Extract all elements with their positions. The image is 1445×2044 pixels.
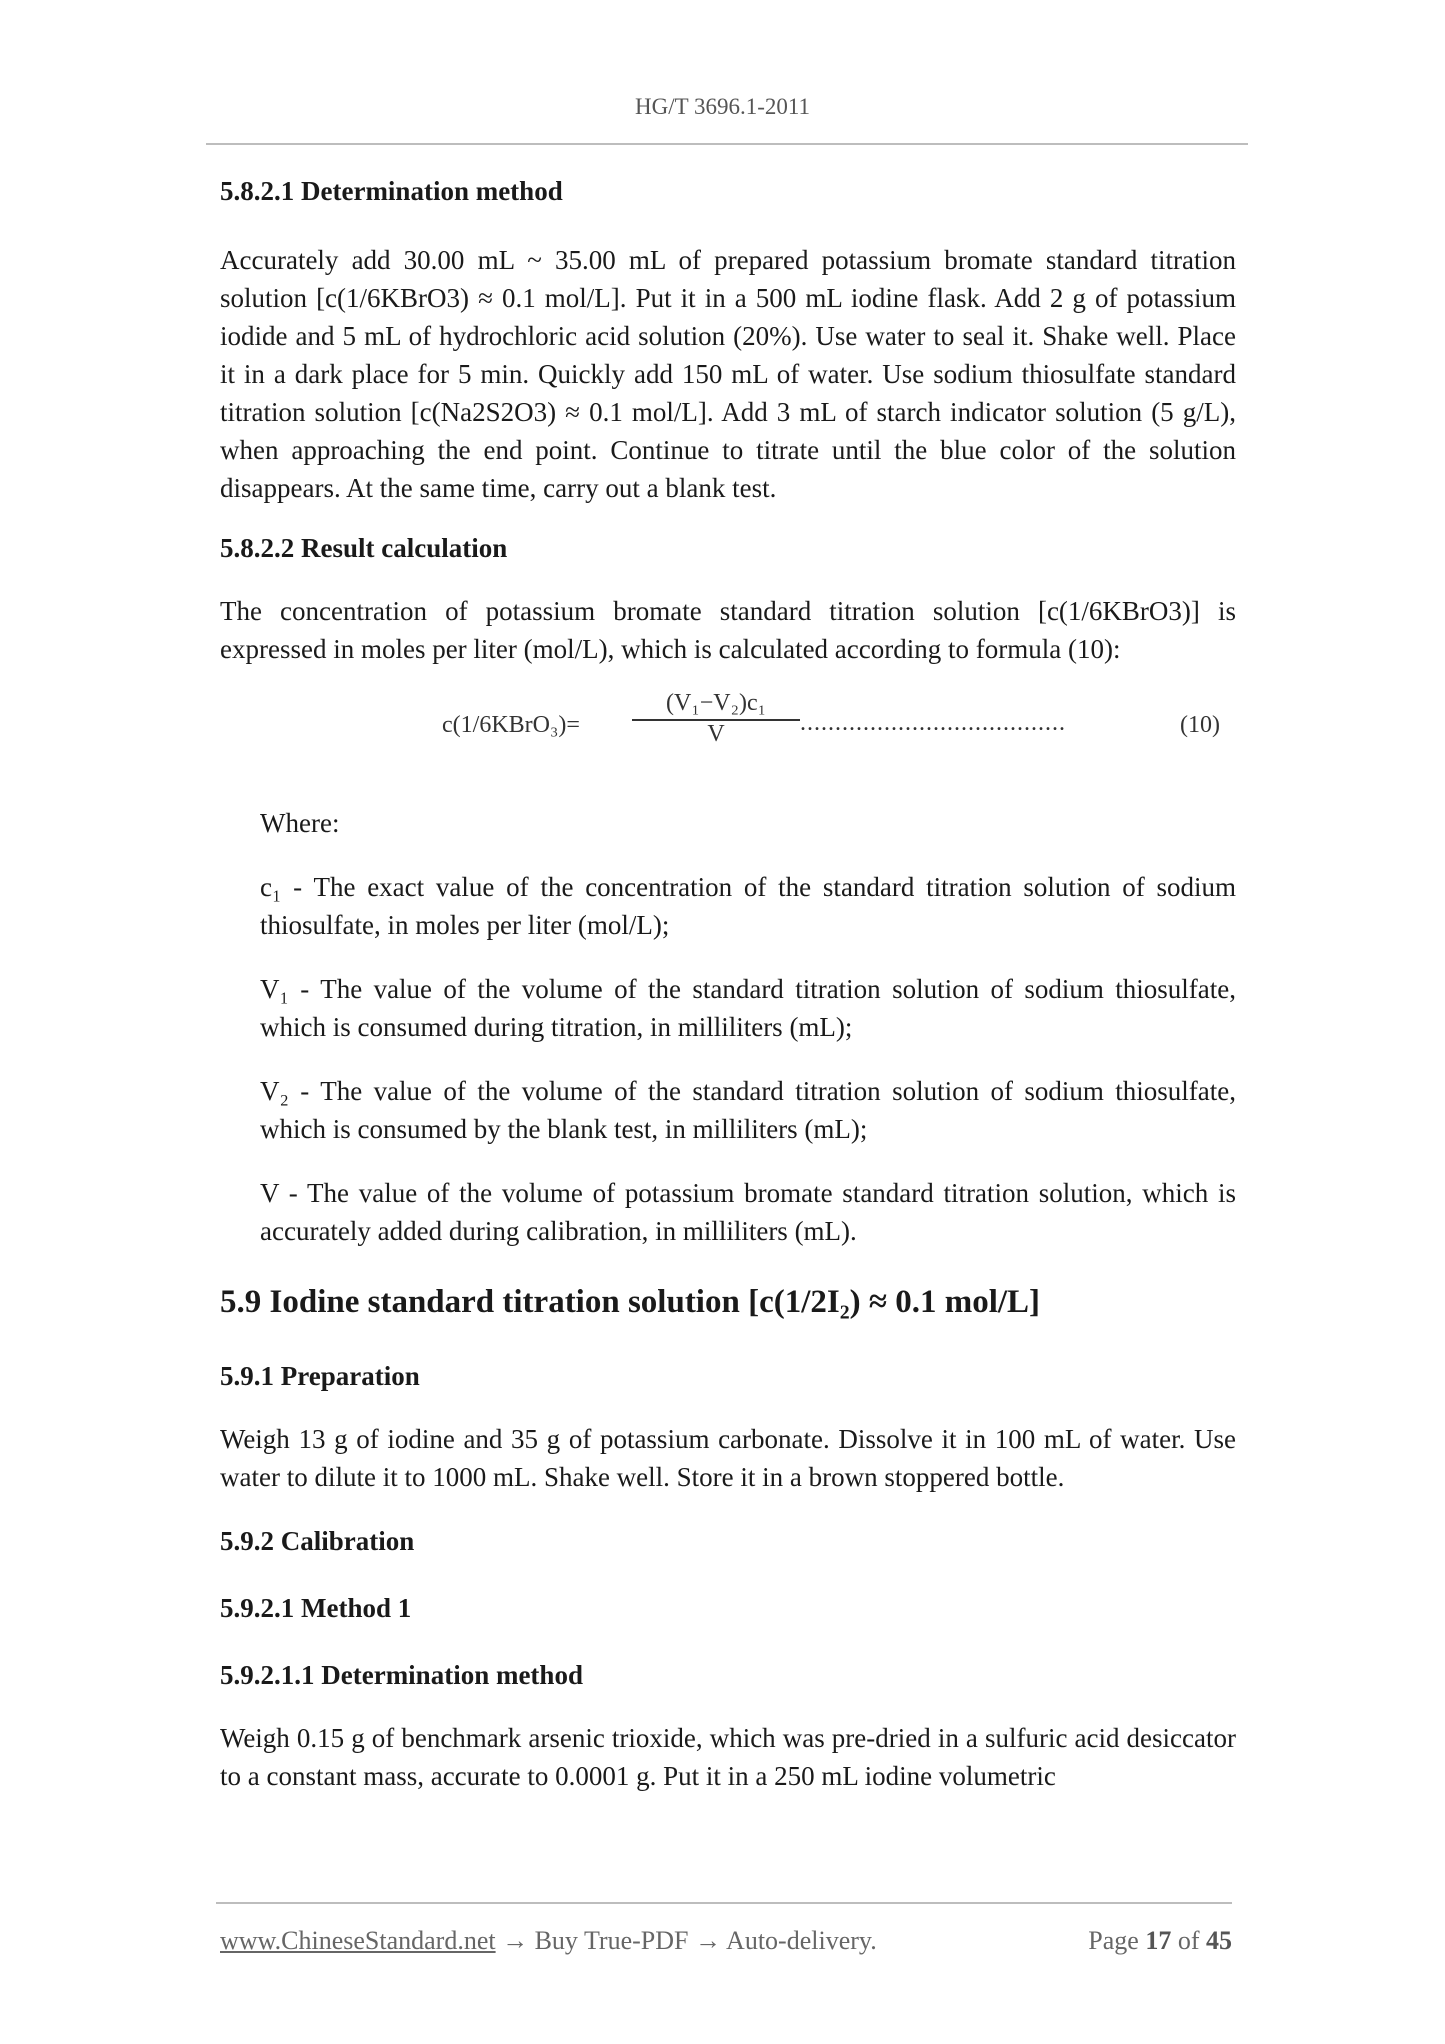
formula-numerator: (V₁−V₂)c₁ bbox=[632, 690, 800, 721]
header-rule bbox=[206, 143, 1248, 145]
footer-rule bbox=[216, 1902, 1232, 1904]
section-5-9-1-body: Weigh 13 g of iodine and 35 g of potassi… bbox=[220, 1420, 1236, 1496]
definition-v2: V₂ - The value of the volume of the stan… bbox=[260, 1072, 1236, 1148]
formula-fraction: (V₁−V₂)c₁ V bbox=[632, 690, 800, 748]
formula-lhs: c(1/6KBrO₃)= bbox=[442, 712, 580, 739]
definition-v: V - The value of the volume of potassium… bbox=[260, 1174, 1236, 1250]
section-5-9-title: 5.9 Iodine standard titration solution [… bbox=[220, 1284, 1236, 1321]
page-number: 17 bbox=[1145, 1926, 1171, 1955]
section-5-9-2-1-1-title: 5.9.2.1.1 Determination method bbox=[220, 1660, 1236, 1691]
definition-v1: V₁ - The value of the volume of the stan… bbox=[260, 970, 1236, 1046]
page-content: 5.8.2.1 Determination method Accurately … bbox=[220, 172, 1236, 1795]
section-5-8-2-2-body: The concentration of potassium bromate s… bbox=[220, 592, 1236, 668]
page-indicator: Page 17 of 45 bbox=[1088, 1926, 1232, 1956]
where-label: Where: bbox=[260, 804, 1236, 842]
footer: www.ChineseStandard.net → Buy True-PDF →… bbox=[220, 1926, 1232, 1956]
section-5-8-2-2-title: 5.8.2.2 Result calculation bbox=[220, 533, 1236, 564]
chinesestandard-link[interactable]: www.ChineseStandard.net bbox=[220, 1926, 496, 1955]
footer-tagline: → Buy True-PDF → Auto-delivery. bbox=[496, 1926, 877, 1955]
definition-c1: c₁ - The exact value of the concentratio… bbox=[260, 868, 1236, 944]
page-total: 45 bbox=[1206, 1926, 1232, 1955]
section-5-8-2-1-title: 5.8.2.1 Determination method bbox=[220, 176, 1236, 207]
formula-denominator: V bbox=[632, 721, 800, 748]
section-5-9-2-1-1-body: Weigh 0.15 g of benchmark arsenic trioxi… bbox=[220, 1719, 1236, 1795]
formula-number: (10) bbox=[1180, 712, 1220, 739]
formula-10: c(1/6KBrO₃)= (V₁−V₂)c₁ V ...............… bbox=[220, 690, 1236, 770]
of-label: of bbox=[1178, 1926, 1200, 1955]
page-label: Page bbox=[1088, 1926, 1139, 1955]
section-5-9-2-1-title: 5.9.2.1 Method 1 bbox=[220, 1593, 1236, 1624]
section-5-9-2-title: 5.9.2 Calibration bbox=[220, 1526, 1236, 1557]
formula-leader-dots: ...................................... bbox=[800, 710, 1066, 737]
document-id-header: HG/T 3696.1-2011 bbox=[0, 94, 1445, 120]
section-5-9-1-title: 5.9.1 Preparation bbox=[220, 1361, 1236, 1392]
section-5-8-2-1-body: Accurately add 30.00 mL ~ 35.00 mL of pr… bbox=[220, 241, 1236, 507]
